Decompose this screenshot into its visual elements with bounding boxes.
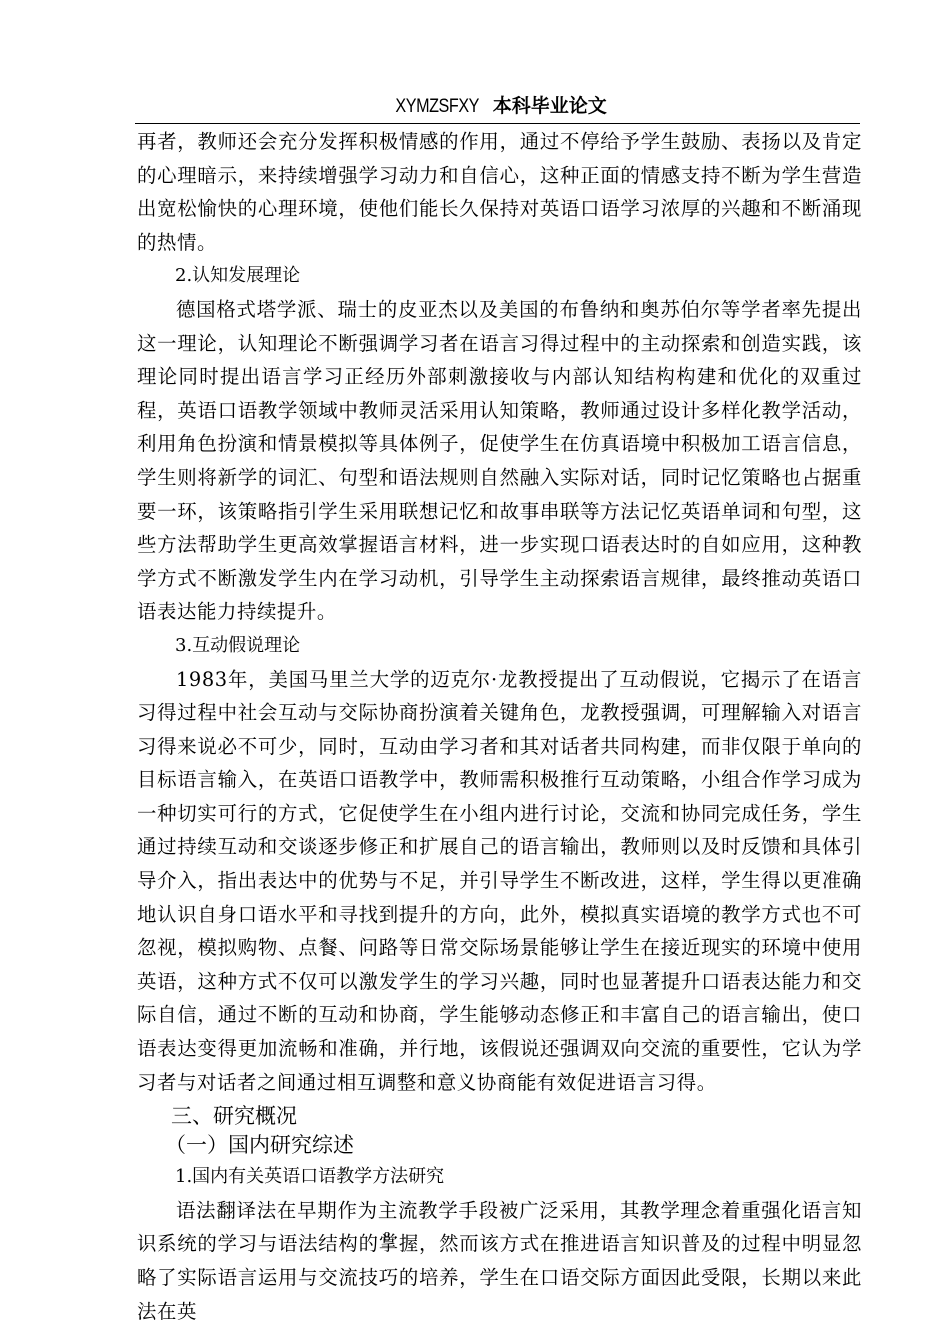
paragraph-grammar-translation: 语法翻译法在早期作为主流教学手段被广泛采用，其教学理念着重强化语言知识系统的学习… (137, 1194, 862, 1328)
subheading-cognitive-theory: 2.认知发展理论 (137, 259, 862, 293)
subheading-interaction-hypothesis: 3.互动假说理论 (137, 629, 862, 663)
paragraph-continuation: 再者，教师还会充分发挥积极情感的作用，通过不停给予学生鼓励、表扬以及肯定的心理暗… (137, 125, 862, 259)
paragraph-interaction-hypothesis: 1983年，美国马里兰大学的迈克尔·龙教授提出了互动假说，它揭示了在语言习得过程… (137, 663, 862, 1100)
section-heading-research-overview: 三、研究概况 (137, 1102, 862, 1131)
page-body: 再者，教师还会充分发挥积极情感的作用，通过不停给予学生鼓励、表扬以及肯定的心理暗… (137, 125, 862, 1328)
header-thesis-label: 本科毕业论文 (493, 95, 607, 117)
paragraph-cognitive-theory: 德国格式塔学派、瑞士的皮亚杰以及美国的布鲁纳和奥苏伯尔等学者率先提出这一理论，认… (137, 293, 862, 629)
header-divider (135, 123, 860, 124)
page-number: 8 (380, 1230, 394, 1246)
running-header: XYMZSFXY 本科毕业论文 (135, 92, 860, 121)
document-page: XYMZSFXY 本科毕业论文 再者，教师还会充分发挥积极情感的作用，通过不停给… (0, 0, 950, 1344)
subheading-domestic-methods: 1.国内有关英语口语教学方法研究 (137, 1160, 862, 1194)
section-heading-domestic-review: （一）国内研究综述 (137, 1131, 862, 1160)
header-school-code: XYMZSFXY (396, 93, 480, 121)
